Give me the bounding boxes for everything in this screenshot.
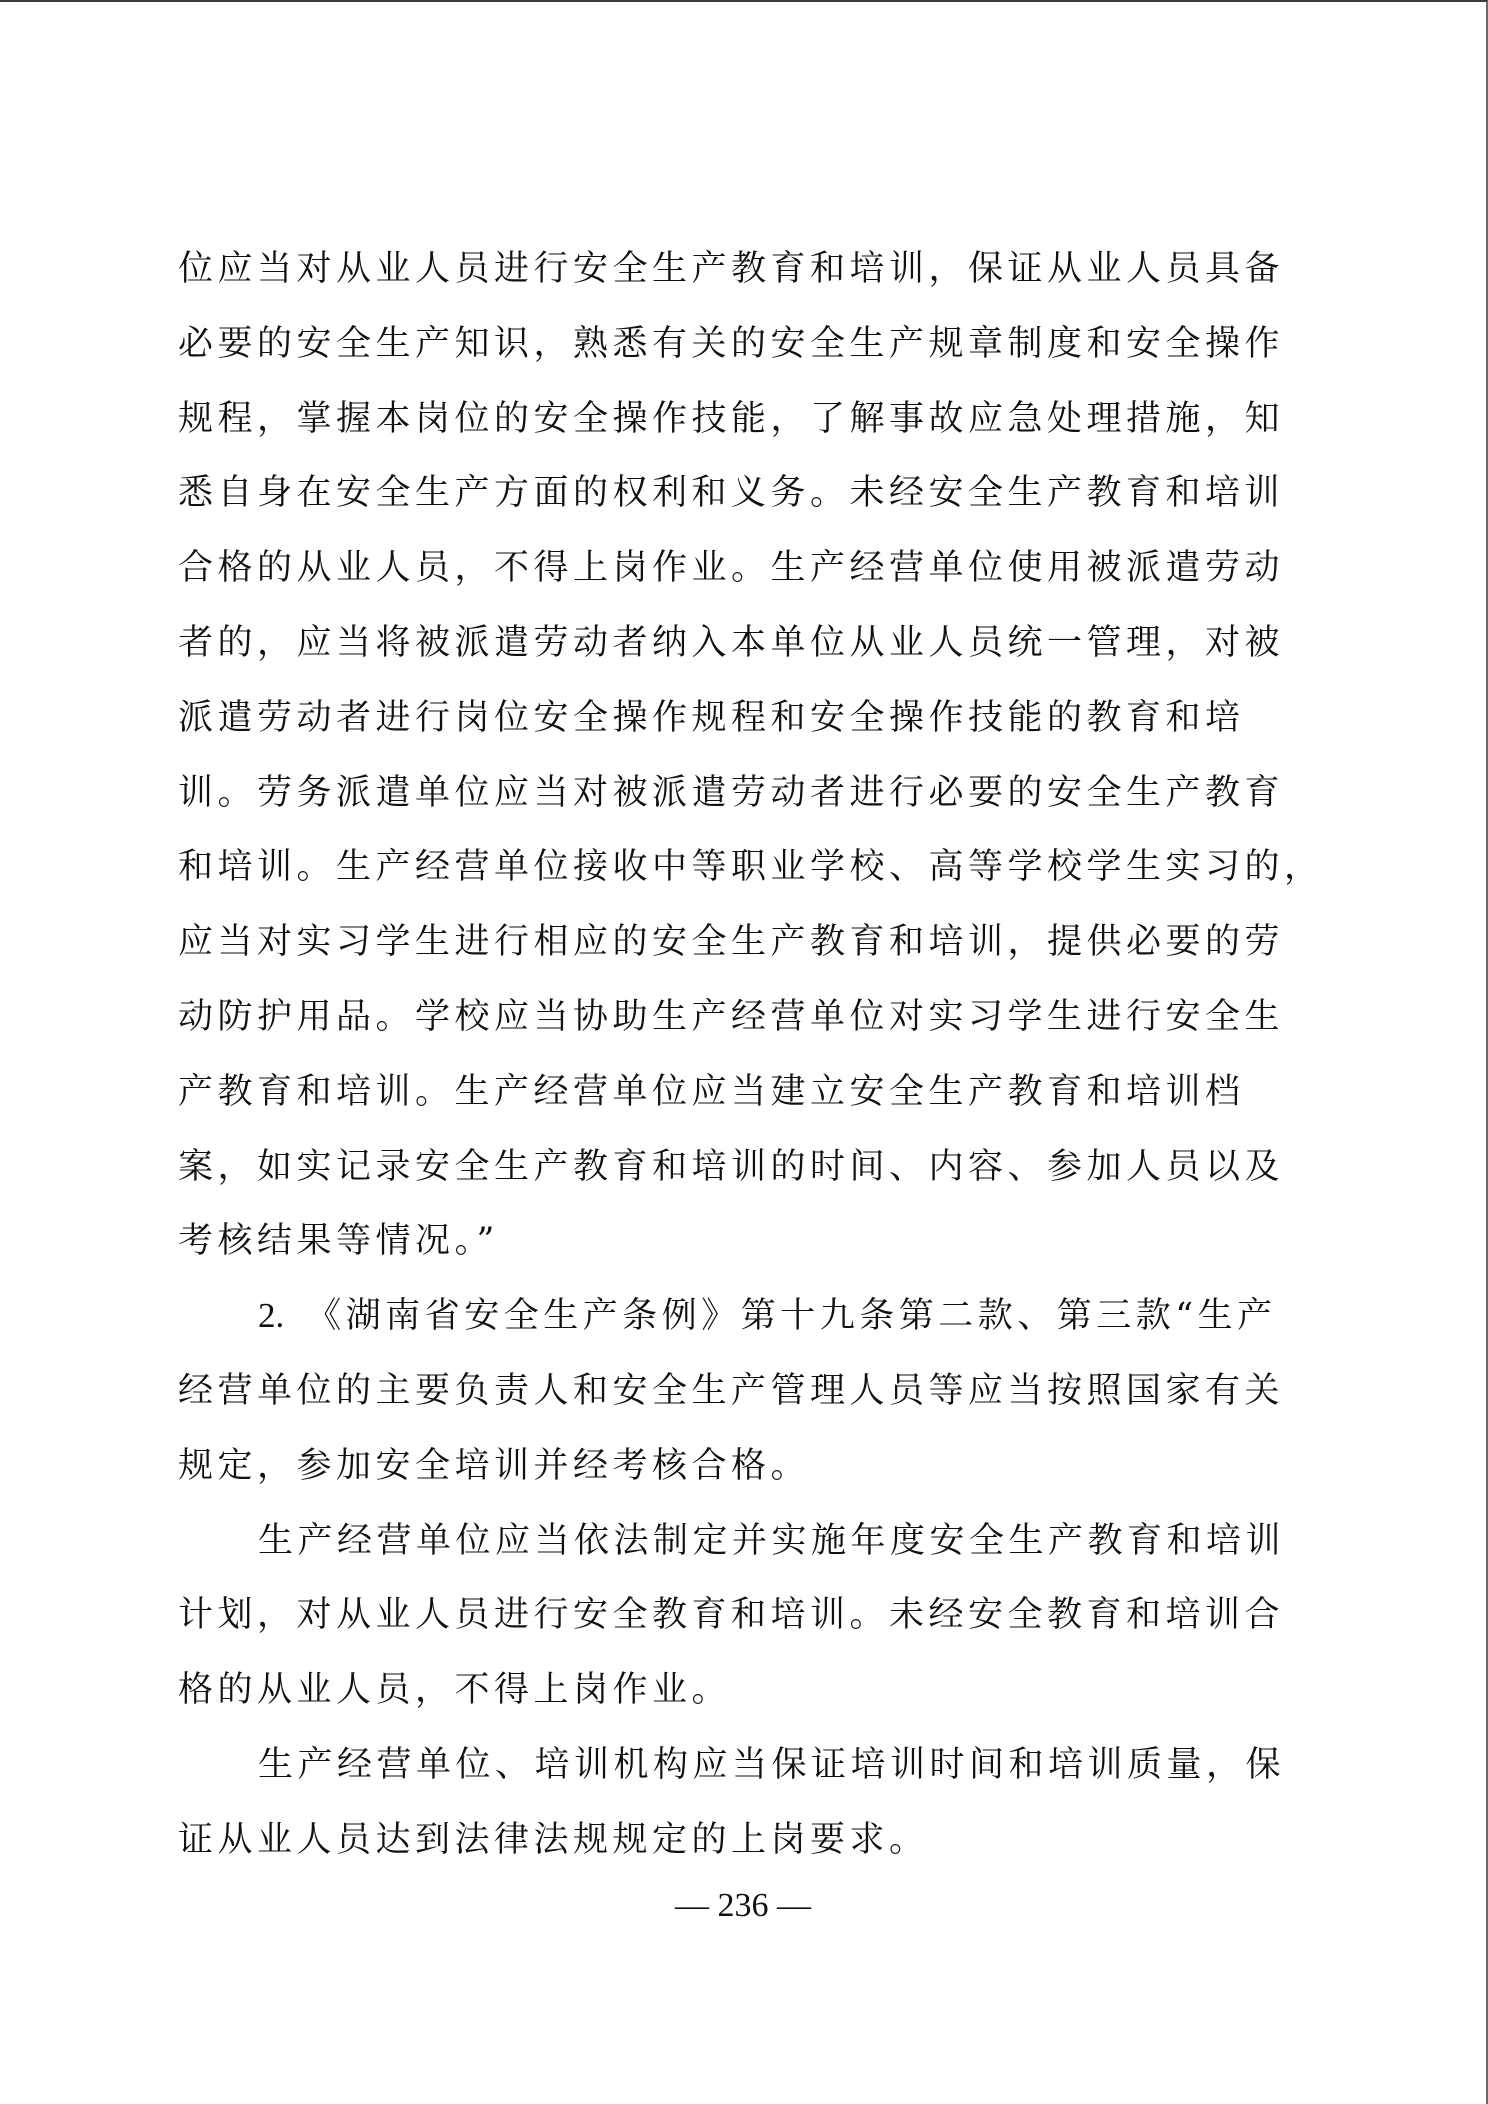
paragraph-continued-quote: 位应当对从业人员进行安全生产教育和培训，保证从业人员具备 必要的安全生产知识，熟… [178,232,1300,1279]
text-line: 经营单位的主要负责人和安全生产管理人员等应当按照国家有关 [178,1354,1300,1429]
text-line: 动防护用品。学校应当协助生产经营单位对实习学生进行安全生 [178,980,1300,1055]
text-line-first: 生产经营单位应当依法制定并实施年度安全生产教育和培训 [178,1504,1300,1579]
text-line: 规程，掌握本岗位的安全操作技能，了解事故应急处理措施，知 [178,382,1300,457]
text-line: 训。劳务派遣单位应当对被派遣劳动者进行必要的安全生产教育 [178,756,1300,831]
text-line: 产教育和培训。生产经营单位应当建立安全生产教育和培训档 [178,1055,1300,1130]
text-line: 计划，对从业人员进行安全教育和培训。未经安全教育和培训合 [178,1578,1300,1653]
text-line: 必要的安全生产知识，熟悉有关的安全生产规章制度和安全操作 [178,307,1300,382]
text-line: 和培训。生产经营单位接收中等职业学校、高等学校学生实习的， [178,830,1300,905]
text-line-first: 生产经营单位、培训机构应当保证培训时间和培训质量，保 [178,1728,1300,1803]
text-segment: 《湖南省安全生产条例》第十九条第二款、第三款“生产 [306,1296,1276,1336]
paragraph-training-plan: 生产经营单位应当依法制定并实施年度安全生产教育和培训 计划，对从业人员进行安全教… [178,1504,1300,1728]
text-line: 案，如实记录安全生产教育和培训的时间、内容、参加人员以及 [178,1130,1300,1205]
text-line: 位应当对从业人员进行安全生产教育和培训，保证从业人员具备 [178,232,1300,307]
text-line: 应当对实习学生进行相应的安全生产教育和培训，提供必要的劳 [178,905,1300,980]
text-line: 者的，应当将被派遣劳动者纳入本单位从业人员统一管理，对被 [178,606,1300,681]
page-number: — 236 — [0,1887,1486,1925]
paragraph-training-quality: 生产经营单位、培训机构应当保证培训时间和培训质量，保 证从业人员达到法律法规规定… [178,1728,1300,1878]
list-number: 2. [258,1296,284,1335]
text-line: 合格的从业人员，不得上岗作业。生产经营单位使用被派遣劳动 [178,531,1300,606]
text-line: 悉自身在安全生产方面的权利和义务。未经安全生产教育和培训 [178,456,1300,531]
text-line: 证从业人员达到法律法规规定的上岗要求。 [178,1803,1300,1878]
text-line: 考核结果等情况。” [178,1204,1300,1279]
paragraph-item-2: 2.《湖南省安全生产条例》第十九条第二款、第三款“生产 经营单位的主要负责人和安… [178,1279,1300,1503]
text-line-first: 2.《湖南省安全生产条例》第十九条第二款、第三款“生产 [178,1279,1300,1354]
text-line: 规定，参加安全培训并经考核合格。 [178,1429,1300,1504]
text-line: 格的从业人员，不得上岗作业。 [178,1653,1300,1728]
document-body: 位应当对从业人员进行安全生产教育和培训，保证从业人员具备 必要的安全生产知识，熟… [178,232,1300,1878]
text-line: 派遣劳动者进行岗位安全操作规程和安全操作技能的教育和培 [178,681,1300,756]
